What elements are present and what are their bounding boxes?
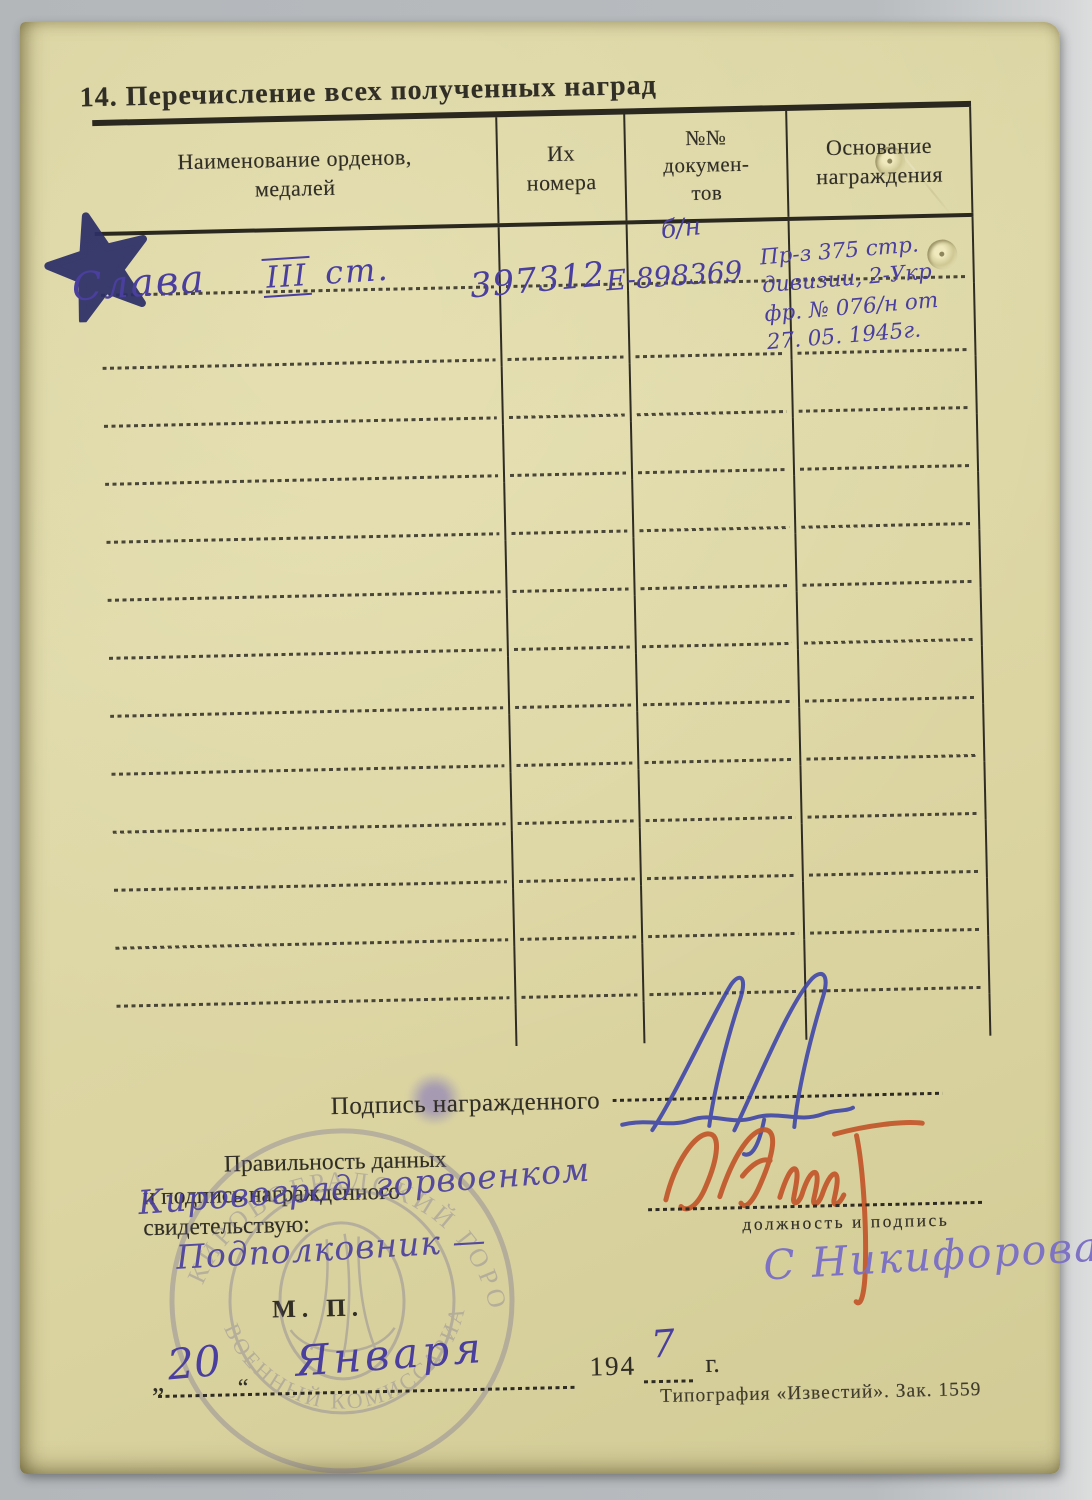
header-award-basis: Основание награждения [787, 107, 973, 217]
award-basis-handwritten: Пр-з 375 стр. дивизии, 2-Укр фр. № 076/н… [759, 226, 993, 358]
photo-of-document: { "title": "14. Перечисление всех получе… [0, 0, 1092, 1500]
document-paper: 14. Перечисление всех полученных наград … [20, 22, 1060, 1474]
date-year-prefix: 194 [589, 1351, 636, 1383]
document-content: 14. Перечисление всех полученных наград … [4, 11, 1075, 1485]
doc-note-handwritten: б/н [659, 211, 702, 244]
header-numbers: Их номера [497, 114, 627, 223]
svg-text:КИРОВОГРАДСКИЙ ГОРОДСКОЙ: КИРОВОГРАДСКИЙ ГОРОДСКОЙ [156, 1115, 513, 1321]
date-close-quote: “ [238, 1375, 249, 1402]
date-day-handwritten: 20 [165, 1336, 223, 1390]
printer-imprint: Типография «Известий». Зак. 1559 [660, 1379, 982, 1408]
position-caption: должность и подпись [742, 1210, 949, 1236]
awards-table-header: Наименование орденов, медалей Их номера … [92, 101, 973, 236]
header-doc-numbers: №№ докумен- тов [625, 111, 789, 221]
date-year-dotted [644, 1379, 696, 1383]
section-title: 14. Перечисление всех полученных наград [79, 70, 657, 115]
date-year-suffix: г. [705, 1349, 720, 1379]
round-seal: КИРОВОГРАДСКИЙ ГОРОДСКОЙ ВОЕННЫЙ КОМИССА… [156, 1115, 528, 1487]
date-year-handwritten: 7 [649, 1321, 676, 1367]
